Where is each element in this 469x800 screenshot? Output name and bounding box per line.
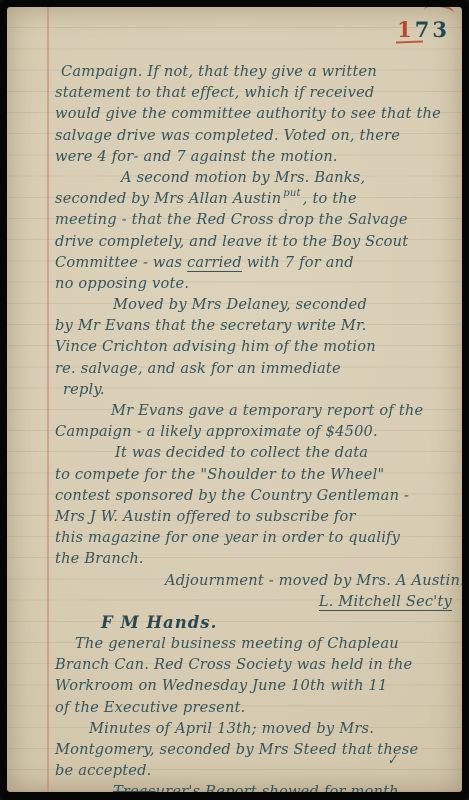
- handwriting-line: Adjournment - moved by Mrs. A Austin.: [55, 570, 458, 591]
- handwriting-segment: with 7 for and: [242, 254, 354, 271]
- handwriting-line: salvage drive was completed. Voted on, t…: [55, 125, 458, 146]
- handwriting-segment: L. Mitchell Sec'ty: [319, 593, 452, 611]
- handwriting-line: to compete for the "Shoulder to the Whee…: [55, 464, 458, 485]
- handwriting-segment: Workroom on Wednesday June 10th with 11: [55, 677, 388, 694]
- handwriting-line: Committee - was carried with 7 for and: [55, 252, 458, 273]
- scanned-page: 173 Campaign. If not, that they give a w…: [0, 0, 469, 800]
- handwriting-segment: Mr Evans gave a temporary report of the: [111, 402, 423, 419]
- handwriting-segment: seconded by Mrs Allan Austin: [55, 190, 281, 207]
- handwriting-segment: Moved by Mrs Delaney, seconded: [113, 296, 367, 313]
- handwriting-segment: put: [283, 188, 300, 199]
- handwriting-segment: Adjournment - moved by Mrs. A Austin.: [165, 572, 462, 589]
- handwriting-line: Vince Crichton advising him of the motio…: [55, 336, 458, 357]
- handwriting-segment: would give the committee authority to se…: [55, 105, 441, 122]
- handwriting-segment: reply.: [63, 381, 105, 398]
- handwriting-line: Branch Can. Red Cross Society was held i…: [55, 654, 458, 675]
- handwriting-segment: re. salvage, and ask for an immediate: [55, 360, 341, 377]
- handwriting-segment: statement to that effect, which if recei…: [55, 84, 374, 101]
- handwriting-segment: Vince Crichton advising him of the motio…: [55, 338, 376, 355]
- handwriting-segment: , to the: [303, 190, 357, 207]
- handwriting-segment: Campaign. If not, that they give a writt…: [61, 63, 377, 80]
- handwriting-segment: were 4 for- and 7 against the motion.: [55, 148, 338, 165]
- handwriting-segment: Treas: [113, 783, 156, 792]
- handwriting-line: drive completely, and leave it to the Bo…: [55, 231, 458, 252]
- handwriting-line: re. salvage, and ask for an immediate: [55, 358, 458, 379]
- handwriting-line: Mr Evans gave a temporary report of the: [55, 400, 458, 421]
- handwriting-line: reply.: [55, 379, 458, 400]
- page-number-underline: [396, 41, 423, 44]
- handwriting-line: Minutes of April 13th; moved by Mrs.: [55, 718, 458, 739]
- handwriting-segment: this magazine for one year in order to q…: [55, 529, 400, 546]
- handwriting-segment: by Mr Evans that the secretary write Mr.: [55, 317, 366, 334]
- handwriting-line: would give the committee authority to se…: [55, 103, 458, 124]
- handwriting-segment: urer's Report showed for month: [156, 783, 399, 792]
- handwriting-line: contest sponsored by the Country Gentlem…: [55, 485, 458, 506]
- handwriting-segment: contest sponsored by the Country Gentlem…: [55, 487, 409, 504]
- page-number-digit-red: 1: [397, 17, 415, 42]
- handwriting-line: The general business meeting of Chapleau: [55, 633, 458, 654]
- handwriting-line: the Branch.: [55, 548, 458, 569]
- handwriting-segment: drive completely, and leave it to the Bo…: [55, 233, 408, 250]
- handwriting-segment: F M Hands.: [101, 613, 217, 632]
- handwriting-line: Mrs J W. Austin offered to subscribe for: [55, 506, 458, 527]
- margin-line: [47, 7, 49, 792]
- handwriting-line: were 4 for- and 7 against the motion.: [55, 146, 458, 167]
- handwriting-segment: salvage drive was completed. Voted on, t…: [55, 127, 400, 144]
- handwriting-segment: A second motion by Mrs. Banks,: [121, 169, 365, 186]
- handwriting-segment: of the Executive present.: [55, 699, 246, 716]
- paper: 173 Campaign. If not, that they give a w…: [7, 7, 462, 792]
- handwriting-line: Workroom on Wednesday June 10th with 11: [55, 675, 458, 696]
- handwriting-segment: Campaign - a likely approximate of $4500…: [55, 423, 378, 440]
- handwriting-segment: Committee - was: [55, 254, 187, 271]
- handwriting-segment: be accepted.: [55, 762, 152, 779]
- handwriting-line: seconded by Mrs Allan Austinput, to the: [55, 188, 458, 209]
- handwriting-line: by Mr Evans that the secretary write Mr.: [55, 315, 458, 336]
- handwriting-line: meeting - that the Red Cross drop the Sa…: [55, 209, 458, 230]
- handwriting-segment: carried: [187, 254, 242, 272]
- handwriting-segment: It was decided to collect the data: [115, 444, 368, 461]
- handwriting-line: this magazine for one year in order to q…: [55, 527, 458, 548]
- page-number-digits-dark: 73: [415, 17, 450, 42]
- handwriting-segment: the Branch.: [55, 550, 144, 567]
- handwriting-line: Treasurer's Report showed for month: [55, 781, 458, 792]
- handwriting-segment: Minutes of April 13th; moved by Mrs.: [89, 720, 374, 737]
- handwriting-segment: to compete for the "Shoulder to the Whee…: [55, 466, 384, 483]
- handwriting-line: statement to that effect, which if recei…: [55, 82, 458, 103]
- handwriting-segment: The general business meeting of Chapleau: [75, 635, 399, 652]
- handwriting-segment: Montgomery, seconded by Mrs Steed that t…: [55, 741, 418, 758]
- handwriting-segment: Branch Can. Red Cross Society was held i…: [55, 656, 412, 673]
- handwriting-line: no opposing vote.: [55, 273, 458, 294]
- handwriting-line: Moved by Mrs Delaney, seconded: [55, 294, 458, 315]
- handwriting-line: L. Mitchell Sec'ty: [55, 591, 458, 612]
- handwritten-text-block: Campaign. If not, that they give a writt…: [55, 61, 458, 792]
- handwriting-segment: no opposing vote.: [55, 275, 189, 292]
- handwriting-line: It was decided to collect the data: [55, 442, 458, 463]
- handwriting-line: A second motion by Mrs. Banks,: [55, 167, 458, 188]
- handwriting-line: F M Hands.: [55, 612, 458, 633]
- page-number: 173: [397, 17, 450, 42]
- handwriting-segment: meeting - that the Red Cross drop the Sa…: [55, 211, 408, 228]
- handwriting-segment: Mrs J W. Austin offered to subscribe for: [55, 508, 356, 525]
- handwriting-line: Campaign - a likely approximate of $4500…: [55, 421, 458, 442]
- handwriting-line: Campaign. If not, that they give a writt…: [55, 61, 458, 82]
- handwriting-line: of the Executive present.: [55, 697, 458, 718]
